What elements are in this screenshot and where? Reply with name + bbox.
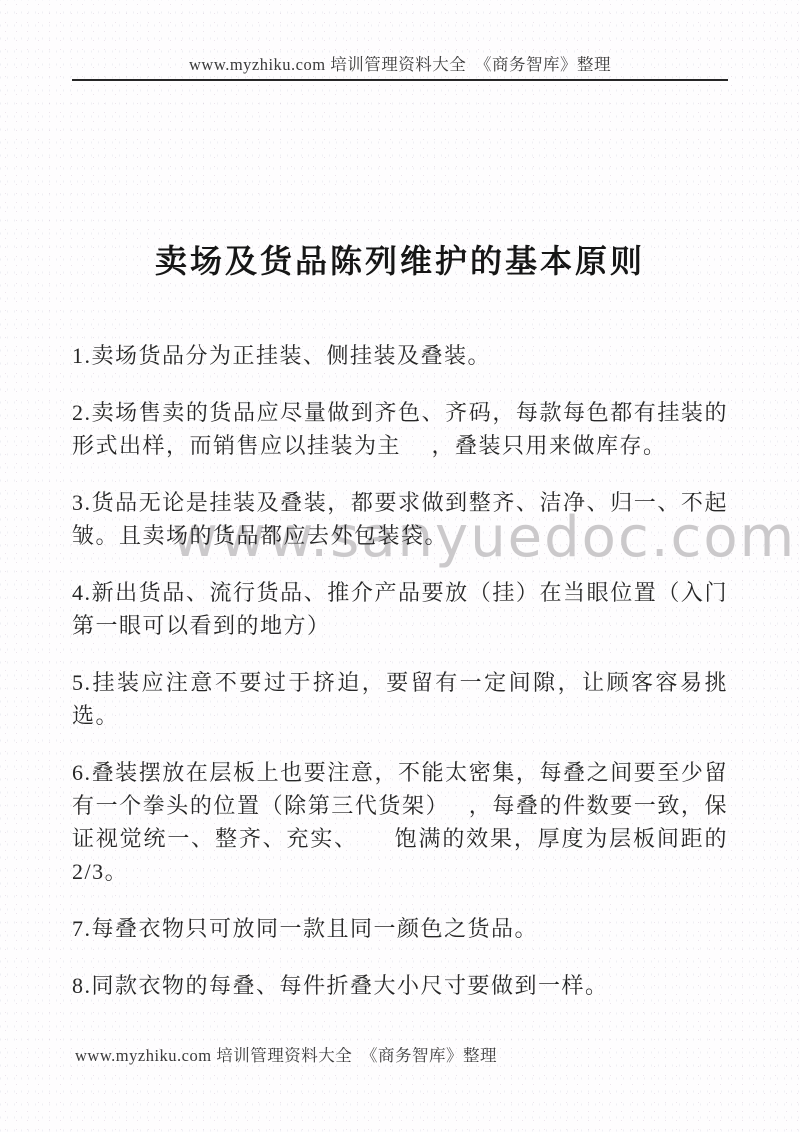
page-footer: www.myzhiku.com 培训管理资料大全 《商务智库》整理 <box>75 1046 497 1066</box>
page-title: 卖场及货品陈列维护的基本原则 <box>72 239 728 283</box>
list-item-1: 1.卖场货品分为正挂装、侧挂装及叠装。 <box>72 339 728 372</box>
header-text: www.myzhiku.com 培训管理资料大全 《商务智库》整理 <box>72 55 728 75</box>
footer-text: www.myzhiku.com 培训管理资料大全 《商务智库》整理 <box>75 1046 497 1066</box>
list-item-2: 2.卖场售卖的货品应尽量做到齐色、齐码，每款每色都有挂装的形式出样，而销售应以挂… <box>72 396 728 462</box>
list-item-5: 5.挂装应注意不要过于挤迫，要留有一定间隙，让顾客容易挑选。 <box>72 666 728 732</box>
list-item-8: 8.同款衣物的每叠、每件折叠大小尺寸要做到一样。 <box>72 969 728 1002</box>
document-content: 1.卖场货品分为正挂装、侧挂装及叠装。 2.卖场售卖的货品应尽量做到齐色、齐码，… <box>72 339 728 1002</box>
document-page: www.myzhiku.com 培训管理资料大全 《商务智库》整理 卖场及货品陈… <box>0 0 800 1132</box>
page-body: www.myzhiku.com 培训管理资料大全 《商务智库》整理 卖场及货品陈… <box>0 0 800 1002</box>
list-item-3: 3.货品无论是挂装及叠装，都要求做到整齐、洁净、归一、不起皱。且卖场的货品都应去… <box>72 486 728 552</box>
list-item-4: 4.新出货品、流行货品、推介产品要放（挂）在当眼位置（入门第一眼可以看到的地方） <box>72 576 728 642</box>
list-item-6: 6.叠装摆放在层板上也要注意，不能太密集，每叠之间要至少留有一个拳头的位置（除第… <box>72 756 728 888</box>
page-header: www.myzhiku.com 培训管理资料大全 《商务智库》整理 <box>72 0 728 81</box>
list-item-7: 7.每叠衣物只可放同一款且同一颜色之货品。 <box>72 912 728 945</box>
